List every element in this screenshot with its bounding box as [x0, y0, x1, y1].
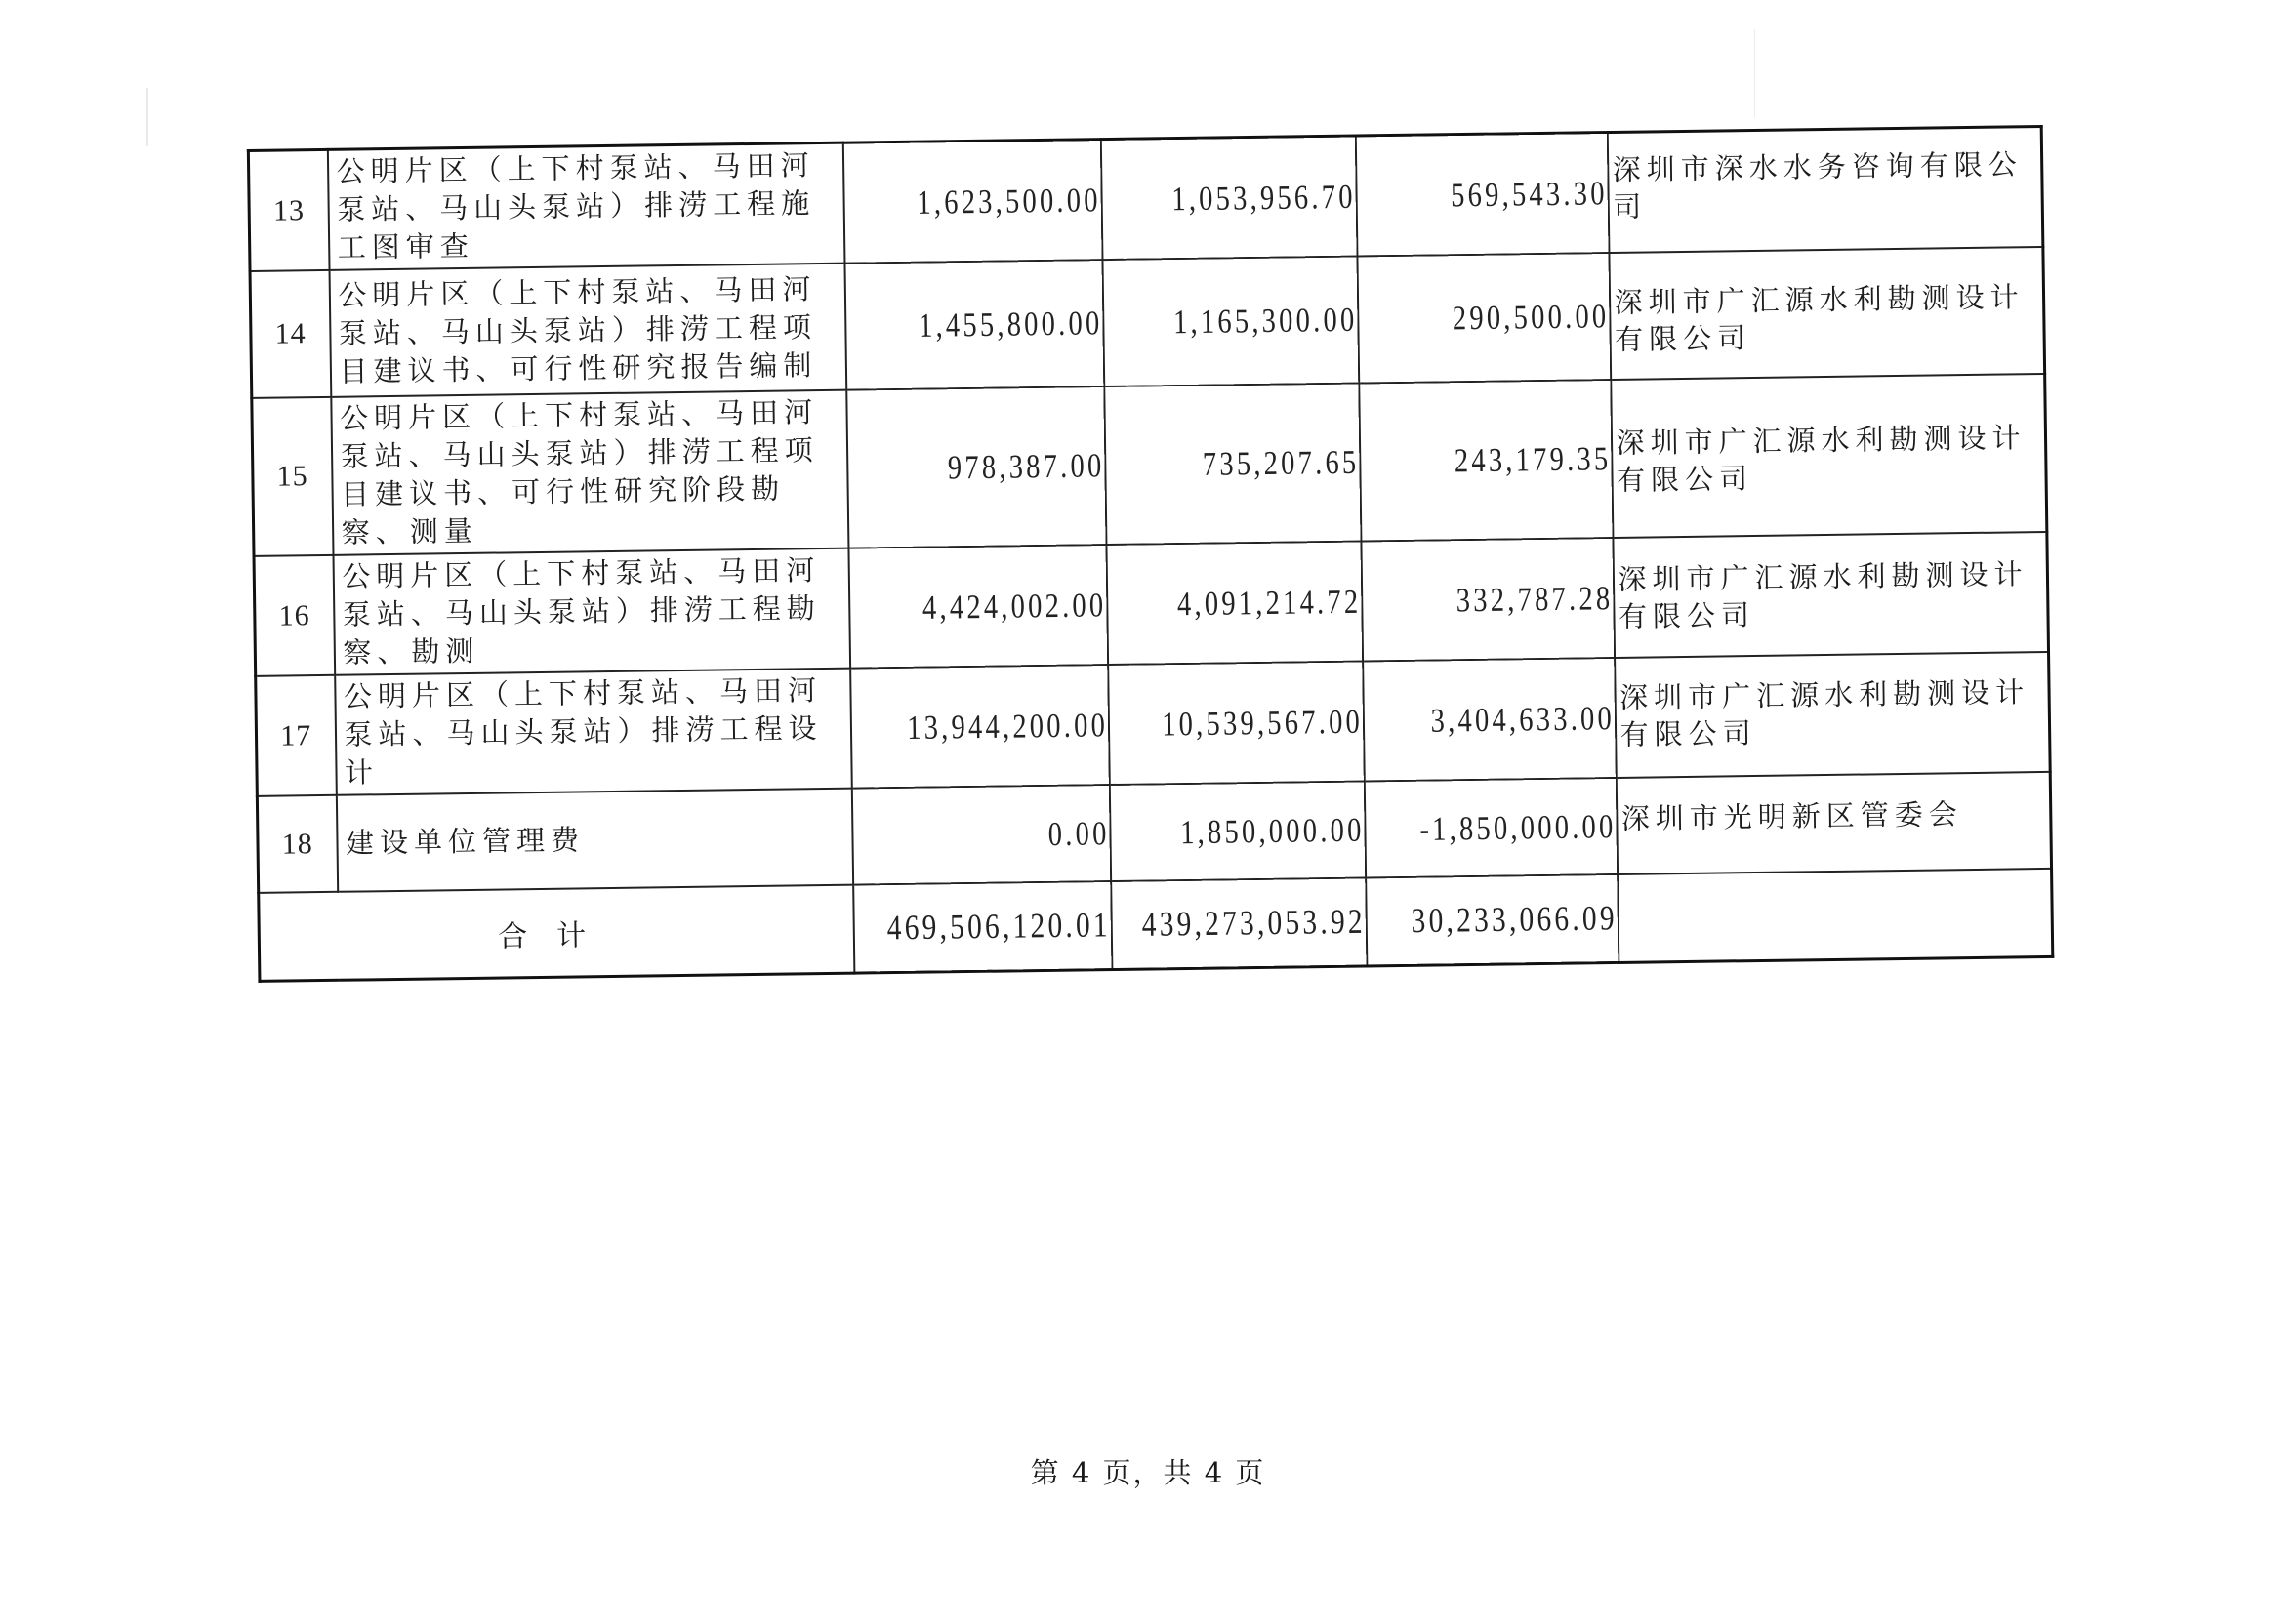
project-description: 公明片区（上下村泵站、马田河泵站、马山头泵站）排涝工程设计 [335, 669, 852, 795]
amount-b-cell: 1,165,300.00 [1123, 257, 1359, 386]
project-description: 建设单位管理费 [336, 789, 852, 892]
row-number: 16 [254, 555, 335, 676]
total-difference: 30,233,066.09 [1411, 898, 1618, 941]
table-row: 14 公明片区（上下村泵站、马田河泵站、马山头泵站）排涝工程项目建议书、可行性研… [250, 247, 2045, 398]
amount-b-cell: 735,207.65 [1125, 384, 1361, 545]
amount-a-cell: 1,623,500.00 [863, 140, 1102, 264]
row-number: 15 [252, 397, 333, 556]
amount-b-cell: 1,850,000.00 [1129, 781, 1365, 880]
total-unit [1618, 869, 2053, 962]
scan-artifact [1754, 29, 1755, 117]
row-number: 17 [256, 675, 337, 796]
project-description: 公明片区（上下村泵站、马田河泵站、马山头泵站）排涝工程项目建议书、可行性研究报告… [329, 264, 846, 397]
project-description: 公明片区（上下村泵站、马田河泵站、马山头泵站）排涝工程施工图审查 [327, 142, 844, 270]
difference: -1,850,000.00 [1419, 806, 1617, 848]
amount-b: 1,850,000.00 [1179, 810, 1364, 852]
amount-b: 4,091,214.72 [1176, 582, 1361, 624]
amount-b-cell: 4,091,214.72 [1127, 542, 1363, 665]
contractor-unit: 深圳市广汇源水利勘测设计有限公司 [1611, 374, 2047, 538]
difference-cell: -1,850,000.00 [1384, 778, 1618, 877]
difference-cell: 3,404,633.00 [1382, 658, 1616, 781]
contractor-unit: 深圳市光明新区管委会 [1616, 772, 2051, 874]
amount-a: 1,623,500.00 [917, 180, 1101, 222]
difference: 290,500.00 [1452, 297, 1609, 339]
page-number-footer: 第 4 页，共 4 页 [0, 1451, 2296, 1491]
amount-b-cell: 1,053,956.70 [1121, 136, 1357, 260]
difference: 243,179.35 [1454, 439, 1611, 481]
amount-b-cell: 10,539,567.00 [1127, 661, 1364, 784]
difference-cell: 290,500.00 [1377, 253, 1611, 383]
amount-a: 0.00 [1047, 813, 1109, 853]
table-row: 15 公明片区（上下村泵站、马田河泵站、马山头泵站）排涝工程项目建议书、可行性研… [252, 374, 2047, 556]
amount-a-cell: 0.00 [872, 785, 1110, 884]
row-number: 18 [257, 795, 337, 893]
difference-cell: 243,179.35 [1378, 380, 1613, 541]
amount-a: 4,424,002.00 [922, 585, 1106, 627]
contractor-unit: 深圳市广汇源水利勘测设计有限公司 [1613, 532, 2049, 658]
amount-b: 10,539,567.00 [1161, 702, 1362, 744]
difference: 332,787.28 [1455, 578, 1613, 620]
project-description: 公明片区（上下村泵站、马田河泵站、马山头泵站）排涝工程项目建议书、可行性研究阶段… [331, 390, 848, 555]
amount-b: 735,207.65 [1202, 442, 1359, 484]
settlement-table: 13 公明片区（上下村泵站、马田河泵站、马山头泵站）排涝工程施工图审查 1,62… [247, 125, 2054, 982]
contractor-unit: 深圳市深水水务咨询有限公司 [1607, 126, 2043, 253]
total-difference-cell: 30,233,066.09 [1385, 874, 1619, 965]
amount-a-cell: 978,387.00 [867, 386, 1106, 548]
scan-artifact [146, 88, 148, 146]
total-amount-b: 439,273,053.92 [1141, 902, 1366, 946]
total-amount-a-cell: 469,506,120.01 [874, 881, 1112, 972]
amount-a: 978,387.00 [947, 446, 1104, 488]
total-amount-a: 469,506,120.01 [886, 905, 1111, 949]
total-label: 合计 [259, 885, 854, 981]
amount-a-cell: 4,424,002.00 [869, 545, 1108, 668]
settlement-table-container: 13 公明片区（上下村泵站、马田河泵站、马山头泵站）排涝工程施工图审查 1,62… [247, 125, 2051, 982]
row-number: 14 [250, 270, 331, 398]
table-row: 13 公明片区（上下村泵站、马田河泵站、马山头泵站）排涝工程施工图审查 1,62… [248, 126, 2043, 270]
difference: 569,543.30 [1450, 173, 1607, 215]
project-description: 公明片区（上下村泵站、马田河泵站、马山头泵站）排涝工程勘察、勘测 [333, 548, 850, 675]
document-page: 13 公明片区（上下村泵站、马田河泵站、马山头泵站）排涝工程施工图审查 1,62… [0, 0, 2296, 1624]
amount-a-cell: 1,455,800.00 [865, 260, 1104, 389]
row-number: 13 [248, 149, 329, 271]
contractor-unit: 深圳市广汇源水利勘测设计有限公司 [1615, 652, 2051, 778]
amount-a-cell: 13,944,200.00 [871, 665, 1110, 788]
total-amount-b-cell: 439,273,053.92 [1131, 877, 1367, 968]
difference-cell: 332,787.28 [1381, 538, 1615, 661]
contractor-unit: 深圳市广汇源水利勘测设计有限公司 [1609, 247, 2045, 380]
amount-a: 1,455,800.00 [918, 304, 1102, 345]
amount-b: 1,165,300.00 [1172, 300, 1357, 342]
difference: 3,404,633.00 [1430, 698, 1615, 740]
amount-a: 13,944,200.00 [906, 705, 1107, 747]
amount-b: 1,053,956.70 [1171, 177, 1356, 219]
difference-cell: 569,543.30 [1375, 133, 1609, 257]
